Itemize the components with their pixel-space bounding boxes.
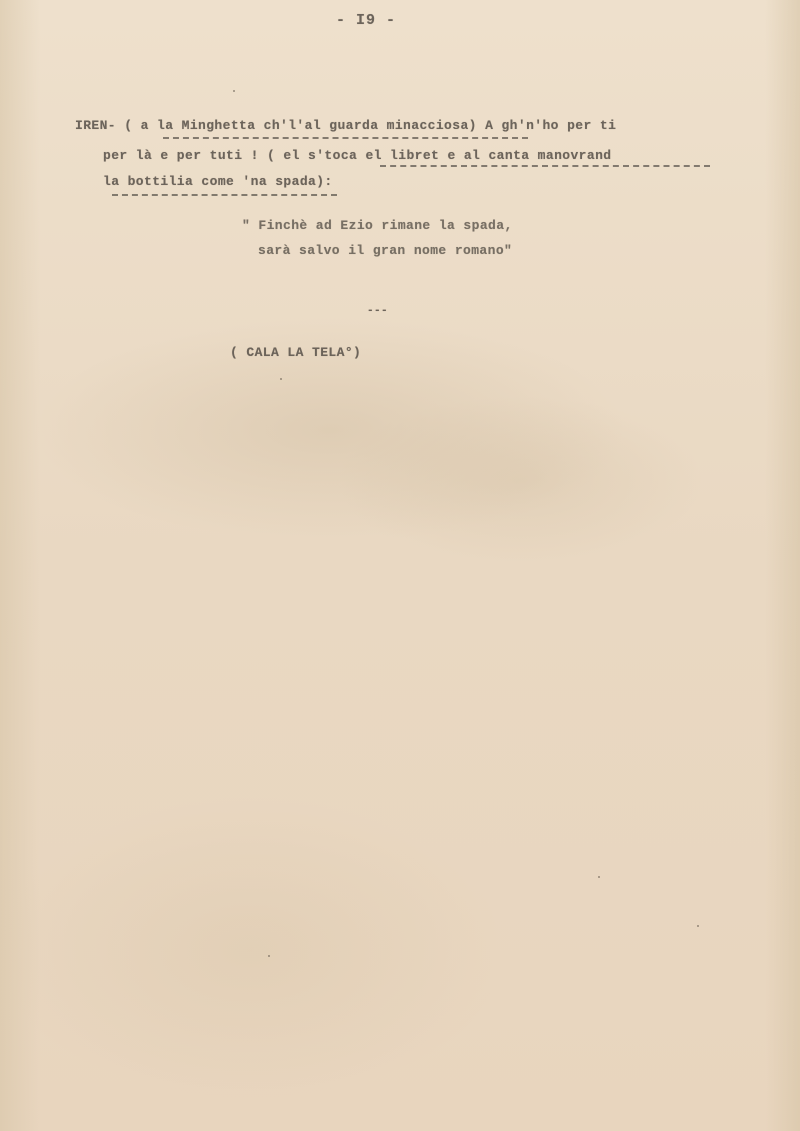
curtain-stage-direction: ( CALA LA TELA°): [230, 345, 361, 360]
stage-direction-underline: [380, 165, 710, 167]
stage-direction-underline: [112, 194, 337, 196]
paper-speck: [697, 925, 699, 927]
page-number: - I9 -: [336, 12, 396, 29]
dialogue-line-1: IREN- ( a la Minghetta ch'l'al guarda mi…: [75, 118, 616, 133]
paper-speck: [268, 955, 270, 957]
section-separator: ---: [367, 305, 388, 317]
dialogue-line-2: per là e per tuti ! ( el s'toca el libre…: [103, 148, 611, 163]
verse-line-1: " Finchè ad Ezio rimane la spada,: [242, 218, 513, 233]
stage-direction-underline: [163, 137, 528, 139]
paper-speck: [280, 378, 282, 380]
verse-line-2: sarà salvo il gran nome romano": [258, 243, 512, 258]
dialogue-line-3: la bottilia come 'na spada):: [103, 174, 333, 189]
typewritten-page: - I9 - IREN- ( a la Minghetta ch'l'al gu…: [0, 0, 800, 1131]
paper-speck: [233, 90, 235, 92]
paper-speck: [598, 876, 600, 878]
